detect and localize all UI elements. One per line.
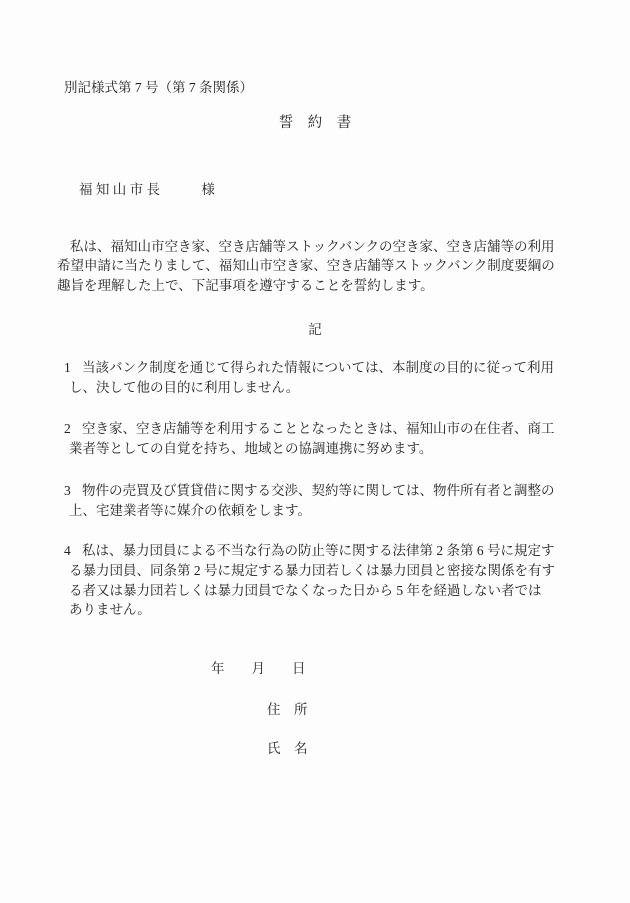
item-number: 2 xyxy=(64,419,82,439)
item-line: 3物件の売買及び賃貸借に関する交渉、契約等に関しては、物件所有者と調整の xyxy=(64,481,580,501)
address-label: 住 所 xyxy=(267,700,308,720)
item-text: 物件の売買及び賃貸借に関する交渉、契約等に関しては、物件所有者と調整の xyxy=(82,483,555,498)
item-line: し、決して他の目的に利用しません。 xyxy=(64,378,580,398)
date-line: 年 月 日 xyxy=(211,659,306,679)
item-line: 業者等としての自覚を持ち、地域との協調連携に努めます。 xyxy=(64,439,580,459)
item-number: 1 xyxy=(64,358,82,378)
item-text: 空き家、空き店舗等を利用することとなったときは、福知山市の在住者、商工 xyxy=(82,421,555,436)
pledge-document-page: 別記様式第 7 号（第 7 条関係） 誓 約 書 福 知 山 市 長 様 私は、… xyxy=(0,0,630,903)
name-label: 氏 名 xyxy=(267,739,308,759)
addressee-honorific: 様 xyxy=(201,182,215,197)
item-line: ありません。 xyxy=(64,600,580,620)
item-line: 4私は、暴力団員による不当な行為の防止等に関する法律第 2 条第 6 号に規定す xyxy=(64,541,580,561)
note-mark: 記 xyxy=(0,320,630,340)
item-line: 1当該バンク制度を通じて得られた情報については、本制度の目的に従って利用 xyxy=(64,358,580,378)
intro-paragraph: 私は、福知山市空き家、空き店舗等ストックバンクの空き家、空き店舗等の利用 希望申… xyxy=(57,237,577,295)
document-title: 誓 約 書 xyxy=(0,113,630,133)
item-line: 上、宅建業者等に媒介の依頼をします。 xyxy=(64,501,580,521)
intro-line-2: 希望申請に当たりまして、福知山市空き家、空き店舗等ストックバンク制度要綱の xyxy=(57,256,577,275)
item-line: る暴力団員、同条第 2 号に規定する暴力団若しくは暴力団員と密接な関係を有す xyxy=(64,561,580,581)
item-number: 4 xyxy=(64,541,82,561)
intro-line-1: 私は、福知山市空き家、空き店舗等ストックバンクの空き家、空き店舗等の利用 xyxy=(57,237,577,256)
item-text: 私は、暴力団員による不当な行為の防止等に関する法律第 2 条第 6 号に規定す xyxy=(82,543,555,558)
addressee-line: 福 知 山 市 長 様 xyxy=(79,180,215,200)
addressee-name: 福 知 山 市 長 xyxy=(79,182,160,197)
intro-line-3: 趣旨を理解した上で、下記事項を遵守することを誓約します。 xyxy=(57,276,577,295)
item-line: 2空き家、空き店舗等を利用することとなったときは、福知山市の在住者、商工 xyxy=(64,419,580,439)
item-text: 当該バンク制度を通じて得られた情報については、本制度の目的に従って利用 xyxy=(82,360,554,375)
pledge-item-2: 2空き家、空き店舗等を利用することとなったときは、福知山市の在住者、商工 業者等… xyxy=(64,419,580,459)
item-number: 3 xyxy=(64,481,82,501)
item-line: る者又は暴力団若しくは暴力団員でなくなった日から 5 年を経過しない者では xyxy=(64,581,580,601)
form-number: 別記様式第 7 号（第 7 条関係） xyxy=(64,78,253,98)
pledge-item-4: 4私は、暴力団員による不当な行為の防止等に関する法律第 2 条第 6 号に規定す… xyxy=(64,541,580,620)
pledge-item-1: 1当該バンク制度を通じて得られた情報については、本制度の目的に従って利用 し、決… xyxy=(64,358,580,398)
pledge-item-3: 3物件の売買及び賃貸借に関する交渉、契約等に関しては、物件所有者と調整の 上、宅… xyxy=(64,481,580,521)
